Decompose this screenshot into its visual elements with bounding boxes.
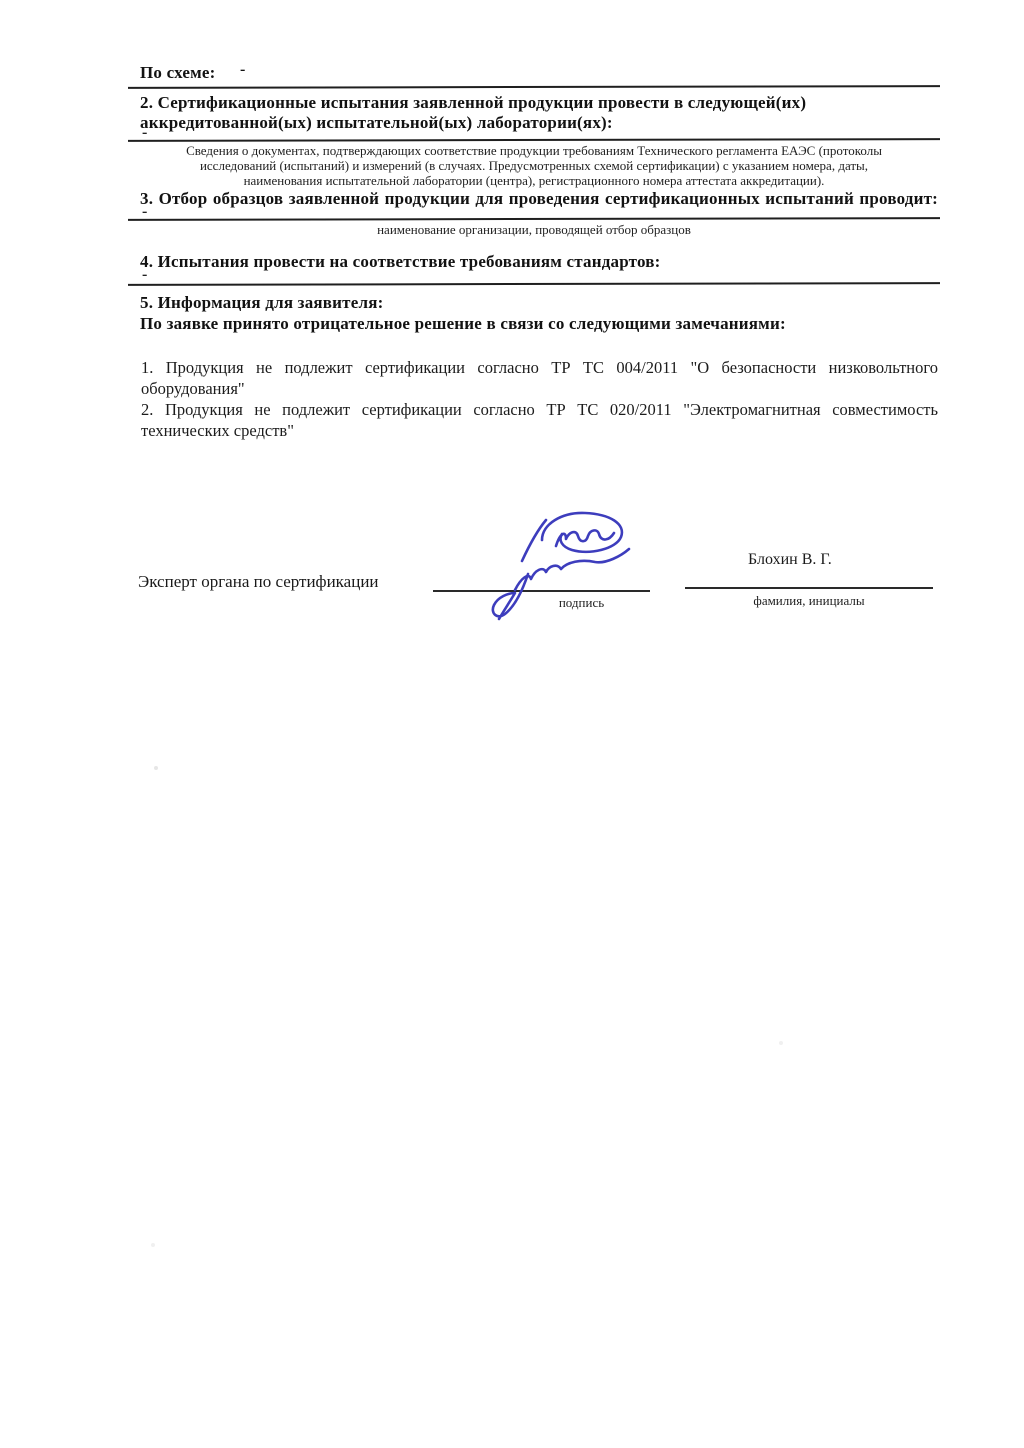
section2-title-line2: аккредитованной(ых) испытательной(ых) ла… [140, 112, 950, 133]
signer-role-label: Эксперт органа по сертификации [138, 572, 379, 592]
signer-name-caption: фамилия, инициалы [685, 594, 933, 609]
signature-ink [470, 506, 665, 624]
scheme-label: По схеме: [140, 62, 216, 83]
section2-footnote-line2: исследований (испытаний) и измерений (в … [128, 159, 940, 174]
section5-title: 5. Информация для заявителя: [140, 292, 950, 313]
section3-footnote: наименование организации, проводящей отб… [128, 223, 940, 238]
remark2-line1: 2. Продукция не подлежит сертификации со… [141, 399, 938, 420]
rule-section2 [128, 138, 940, 142]
rule-section3 [128, 217, 940, 221]
scan-speck [779, 1041, 783, 1045]
section5-subtitle: По заявке принято отрицательное решение … [140, 313, 950, 334]
section4-blank-value: - [142, 266, 147, 284]
section2-footnote-line3: наименования испытательной лаборатории (… [128, 174, 940, 189]
scheme-value: - [240, 61, 245, 79]
section2-title-line1: 2. Сертификационные испытания заявленной… [140, 92, 950, 113]
remark1-line1: 1. Продукция не подлежит сертификации со… [141, 357, 938, 378]
signer-name-line [685, 587, 933, 589]
scan-speck [154, 766, 158, 770]
rule-section4 [128, 282, 940, 286]
section2-footnote-line1: Сведения о документах, подтверждающих со… [128, 144, 940, 159]
rule-scheme [128, 85, 940, 89]
signer-name: Блохин В. Г. [748, 551, 832, 569]
document-page: По схеме: - 2. Сертификационные испытани… [0, 0, 1024, 1448]
scan-speck [151, 1243, 155, 1247]
remark1-line2: оборудования" [141, 378, 938, 399]
section4-title: 4. Испытания провести на соответствие тр… [140, 251, 950, 272]
remark2-line2: технических средств" [141, 420, 938, 441]
section3-title: 3. Отбор образцов заявленной продукции д… [140, 188, 938, 209]
